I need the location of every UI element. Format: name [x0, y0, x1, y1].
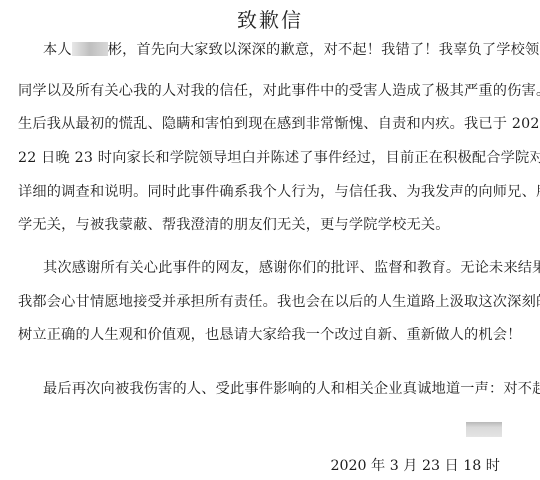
paragraph-2-line-3: 树立正确的人生观和价值观，也恳请大家给我一个改过自新、重新做人的机会！ — [18, 325, 528, 345]
paragraph-1-line-3: 生后我从最初的慌乱、隐瞒和害怕到现在感到非常惭愧、自责和内疚。我已于 2020 … — [18, 114, 528, 134]
paragraph-2-line-2: 我都会心甘情愿地接受并承担所有责任。我也会在以后的人生道路上汲取这次深刻的教训， — [18, 292, 528, 312]
redacted-signature — [466, 422, 502, 437]
paragraph-1-line-5: 详细的调查和说明。同时此事件确系我个人行为，与信任我、为我发声的向师兄、朋友钱同 — [18, 182, 528, 202]
paragraph-2-line-1: 其次感谢所有关心此事件的网友，感谢你们的批评、监督和教育。无论未来结果如何， — [43, 258, 540, 278]
letter-date: 2020 年 3 月 23 日 18 时 — [330, 455, 500, 475]
paragraph-1-line-6: 学无关，与被我蒙蔽、帮我澄清的朋友们无关，更与学院学校无关。 — [18, 215, 528, 235]
paragraph-1-line-1: 本人彬，首先向大家致以深深的歉意，对不起！我错了！我辜负了学校领导、老师、 — [43, 40, 540, 60]
paragraph-1-line-4: 22 日晚 23 时向家长和学院领导坦白并陈述了事件经过，目前正在积极配合学院对… — [18, 148, 528, 168]
line-prefix: 本人 — [43, 42, 72, 58]
letter-title: 致歉信 — [0, 4, 540, 33]
paragraph-1-line-2: 同学以及所有关心我的人对我的信任，对此事件中的受害人造成了极其严重的伤害。事件发 — [18, 81, 528, 101]
paragraph-3-line-1: 最后再次向被我伤害的人、受此事件影响的人和相关企业真诚地道一声：对不起！ — [43, 379, 540, 399]
line-suffix: 彬，首先向大家致以深深的歉意，对不起！我错了！我辜负了学校领导、老师、 — [108, 42, 540, 58]
redacted-name — [72, 42, 108, 56]
